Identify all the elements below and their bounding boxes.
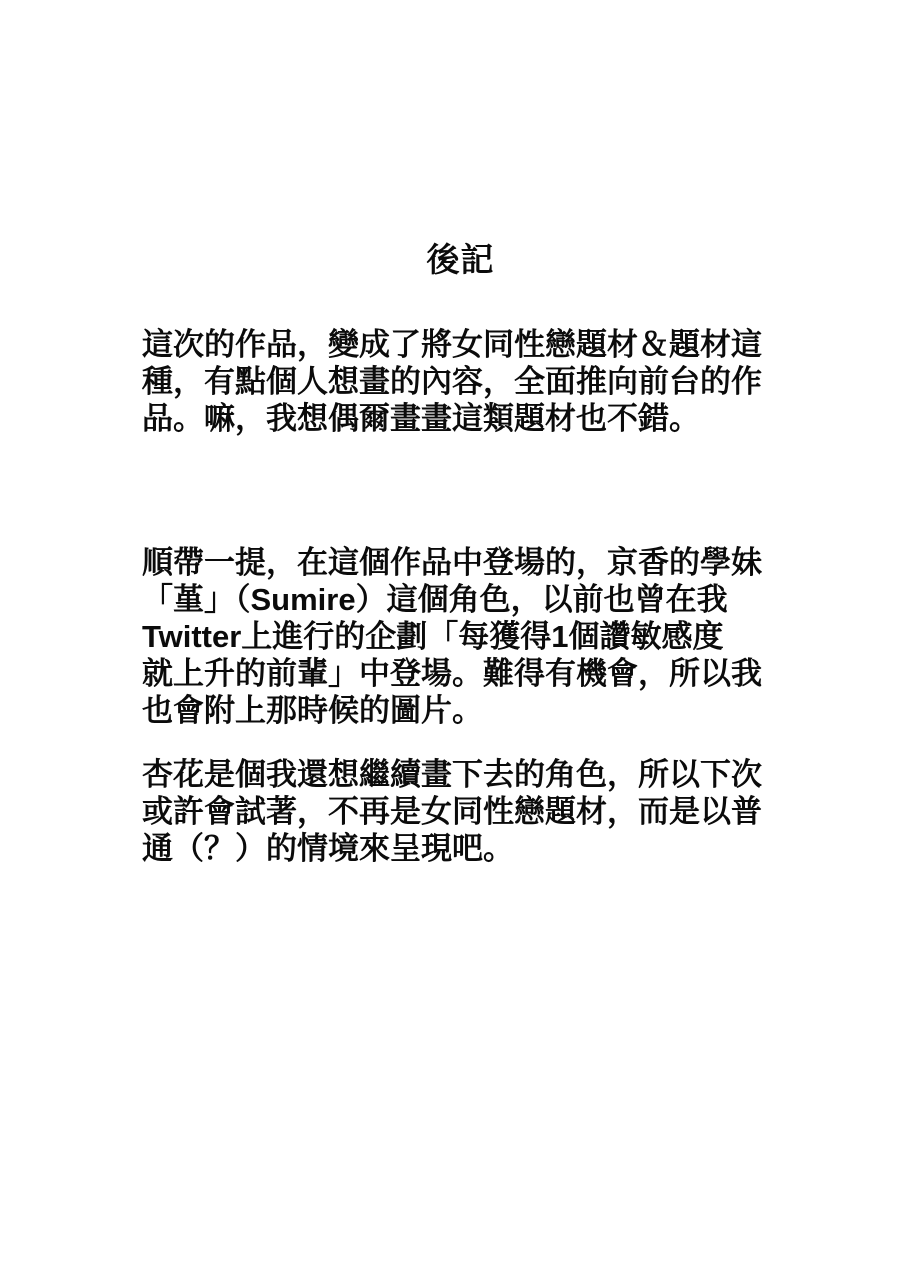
text-line: 「堇」（Sumire）這個角色，以前也曾在我 [142, 581, 802, 618]
text-line: 種，有點個人想畫的內容，全面推向前台的作 [142, 363, 802, 400]
afterword-page: 後記 這次的作品，變成了將女同性戀題材＆題材這 種，有點個人想畫的內容，全面推向… [0, 0, 921, 1280]
text-line: 杏花是個我還想繼續畫下去的角色，所以下次 [142, 756, 802, 793]
text-line: 也會附上那時候的圖片。 [142, 692, 802, 729]
text-line: 順帶一提，在這個作品中登場的，京香的學妹 [142, 544, 802, 581]
text-line: 就上升的前輩」中登場。難得有機會，所以我 [142, 655, 802, 692]
text-line: 品。嘛，我想偶爾畫畫這類題材也不錯。 [142, 400, 802, 437]
paragraph-3: 杏花是個我還想繼續畫下去的角色，所以下次 或許會試著，不再是女同性戀題材，而是以… [142, 756, 802, 867]
page-title: 後記 [0, 241, 921, 279]
text-line: 通（？）的情境來呈現吧。 [142, 830, 802, 867]
paragraph-1: 這次的作品，變成了將女同性戀題材＆題材這 種，有點個人想畫的內容，全面推向前台的… [142, 326, 802, 437]
text-line: 或許會試著，不再是女同性戀題材，而是以普 [142, 793, 802, 830]
text-line: 這次的作品，變成了將女同性戀題材＆題材這 [142, 326, 802, 363]
text-line: Twitter上進行的企劃「每獲得1個讚敏感度 [142, 618, 802, 655]
paragraph-2: 順帶一提，在這個作品中登場的，京香的學妹 「堇」（Sumire）這個角色，以前也… [142, 544, 802, 729]
